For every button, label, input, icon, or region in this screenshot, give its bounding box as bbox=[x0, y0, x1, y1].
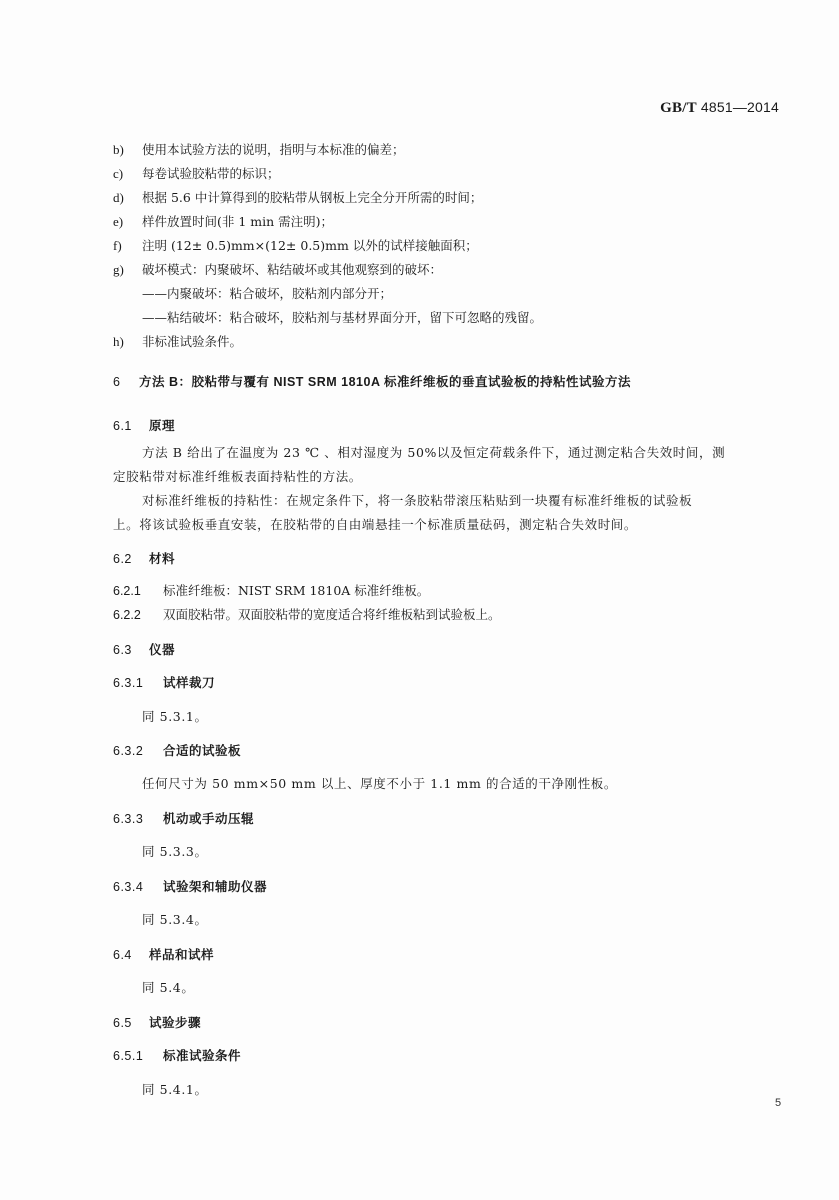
failure-mode-text: ——粘结破坏：粘合破坏，胶粘剂与基材界面分开，留下可忽略的残留。 bbox=[142, 309, 542, 327]
subsection-text: 标准纤维板：NIST SRM 1810A 标准纤维板。 bbox=[163, 583, 429, 598]
section-title: 样品和试样 bbox=[149, 948, 214, 962]
subsection-number: 6.2.2 bbox=[113, 608, 159, 622]
section-title: 试样裁刀 bbox=[163, 676, 215, 690]
page-number: 5 bbox=[775, 1097, 781, 1109]
section-6-heading: 6 方法 B：胶粘带与覆有 NIST SRM 1810A 标准纤维板的垂直试验板… bbox=[113, 372, 631, 390]
section-title: 合适的试验板 bbox=[163, 744, 241, 758]
section-6-5-heading: 6.5 试验步骤 bbox=[113, 1013, 201, 1031]
failure-mode-text: ——内聚破坏：粘合破坏，胶粘剂内部分开； bbox=[142, 285, 392, 303]
section-number: 6.2 bbox=[113, 552, 145, 566]
section-6-1-heading: 6.1 原理 bbox=[113, 416, 175, 434]
section-6-3-2-heading: 6.3.2 合适的试验板 bbox=[113, 741, 241, 759]
list-marker: e) bbox=[113, 213, 139, 231]
section-body: 任何尺寸为 50 mm×50 mm 以上、厚度不小于 1.1 mm 的合适的干净… bbox=[142, 774, 617, 792]
section-6-5-1-heading: 6.5.1 标准试验条件 bbox=[113, 1046, 241, 1064]
section-number: 6.1 bbox=[113, 419, 145, 433]
section-title: 方法 B：胶粘带与覆有 NIST SRM 1810A 标准纤维板的垂直试验板的持… bbox=[139, 375, 631, 389]
section-title: 原理 bbox=[149, 419, 175, 433]
list-text: 注明 (12± 0.5)mm×(12± 0.5)mm 以外的试样接触面积； bbox=[142, 237, 478, 255]
section-title: 材料 bbox=[149, 552, 175, 566]
list-text: 样件放置时间(非 1 min 需注明)； bbox=[142, 213, 333, 231]
list-marker: h) bbox=[113, 333, 139, 351]
standard-number: 4851—2014 bbox=[701, 99, 779, 115]
list-text: 根据 5.6 中计算得到的胶粘带从钢板上完全分开所需的时间； bbox=[142, 189, 482, 207]
section-6-2-heading: 6.2 材料 bbox=[113, 549, 175, 567]
section-number: 6.4 bbox=[113, 948, 145, 962]
section-number: 6.3.4 bbox=[113, 880, 159, 894]
paragraph-line: 对标准纤维板的持粘性：在规定条件下，将一条胶粘带滚压粘贴到一块覆有标准纤维板的试… bbox=[142, 491, 692, 509]
section-number: 6.3 bbox=[113, 643, 145, 657]
section-title: 试验架和辅助仪器 bbox=[163, 880, 267, 894]
section-title: 仪器 bbox=[149, 643, 175, 657]
document-page: GB/T 4851—2014 b) 使用本试验方法的说明，指明与本标准的偏差； … bbox=[0, 0, 839, 1200]
section-number: 6.3.1 bbox=[113, 676, 159, 690]
section-6-3-1-heading: 6.3.1 试样裁刀 bbox=[113, 673, 215, 691]
standard-code: GB/T 4851—2014 bbox=[660, 99, 779, 117]
paragraph-line: 上。将该试验板垂直安装，在胶粘带的自由端悬挂一个标准质量砝码，测定粘合失效时间。 bbox=[113, 515, 637, 533]
list-marker: b) bbox=[113, 141, 139, 159]
section-6-3-heading: 6.3 仪器 bbox=[113, 640, 175, 658]
section-title: 试验步骤 bbox=[149, 1016, 201, 1030]
list-marker: f) bbox=[113, 237, 139, 255]
section-number: 6.5 bbox=[113, 1016, 145, 1030]
section-body: 同 5.4.1。 bbox=[142, 1080, 208, 1098]
section-number: 6.3.2 bbox=[113, 744, 159, 758]
section-body: 同 5.3.4。 bbox=[142, 910, 208, 928]
list-text: 使用本试验方法的说明，指明与本标准的偏差； bbox=[142, 141, 405, 159]
section-body: 同 5.3.1。 bbox=[142, 707, 208, 725]
section-6-4-heading: 6.4 样品和试样 bbox=[113, 945, 214, 963]
section-6-3-4-heading: 6.3.4 试验架和辅助仪器 bbox=[113, 877, 267, 895]
section-number: 6 bbox=[113, 375, 135, 389]
list-marker: g) bbox=[113, 261, 139, 279]
section-number: 6.3.3 bbox=[113, 812, 159, 826]
list-marker: d) bbox=[113, 189, 139, 207]
section-6-3-3-heading: 6.3.3 机动或手动压辊 bbox=[113, 809, 254, 827]
list-text: 破坏模式：内聚破坏、粘结破坏或其他观察到的破坏： bbox=[142, 261, 442, 279]
list-text: 非标准试验条件。 bbox=[142, 333, 242, 351]
list-text: 每卷试验胶粘带的标识； bbox=[142, 165, 280, 183]
section-number: 6.5.1 bbox=[113, 1049, 159, 1063]
section-title: 机动或手动压辊 bbox=[163, 812, 254, 826]
subsection-item: 6.2.2 双面胶粘带。双面胶粘带的宽度适合将纤维板粘到试验板上。 bbox=[113, 605, 501, 623]
subsection-text: 双面胶粘带。双面胶粘带的宽度适合将纤维板粘到试验板上。 bbox=[163, 607, 501, 622]
subsection-item: 6.2.1 标准纤维板：NIST SRM 1810A 标准纤维板。 bbox=[113, 581, 429, 599]
standard-prefix: GB/T bbox=[660, 100, 697, 116]
paragraph-line: 定胶粘带对标准纤维板表面持粘性的方法。 bbox=[113, 467, 362, 485]
list-marker: c) bbox=[113, 165, 139, 183]
paragraph-line: 方法 B 给出了在温度为 23 ℃ 、相对湿度为 50%以及恒定荷载条件下，通过… bbox=[142, 443, 725, 461]
section-body: 同 5.3.3。 bbox=[142, 842, 208, 860]
subsection-number: 6.2.1 bbox=[113, 584, 159, 598]
section-title: 标准试验条件 bbox=[163, 1049, 241, 1063]
section-body: 同 5.4。 bbox=[142, 978, 194, 996]
